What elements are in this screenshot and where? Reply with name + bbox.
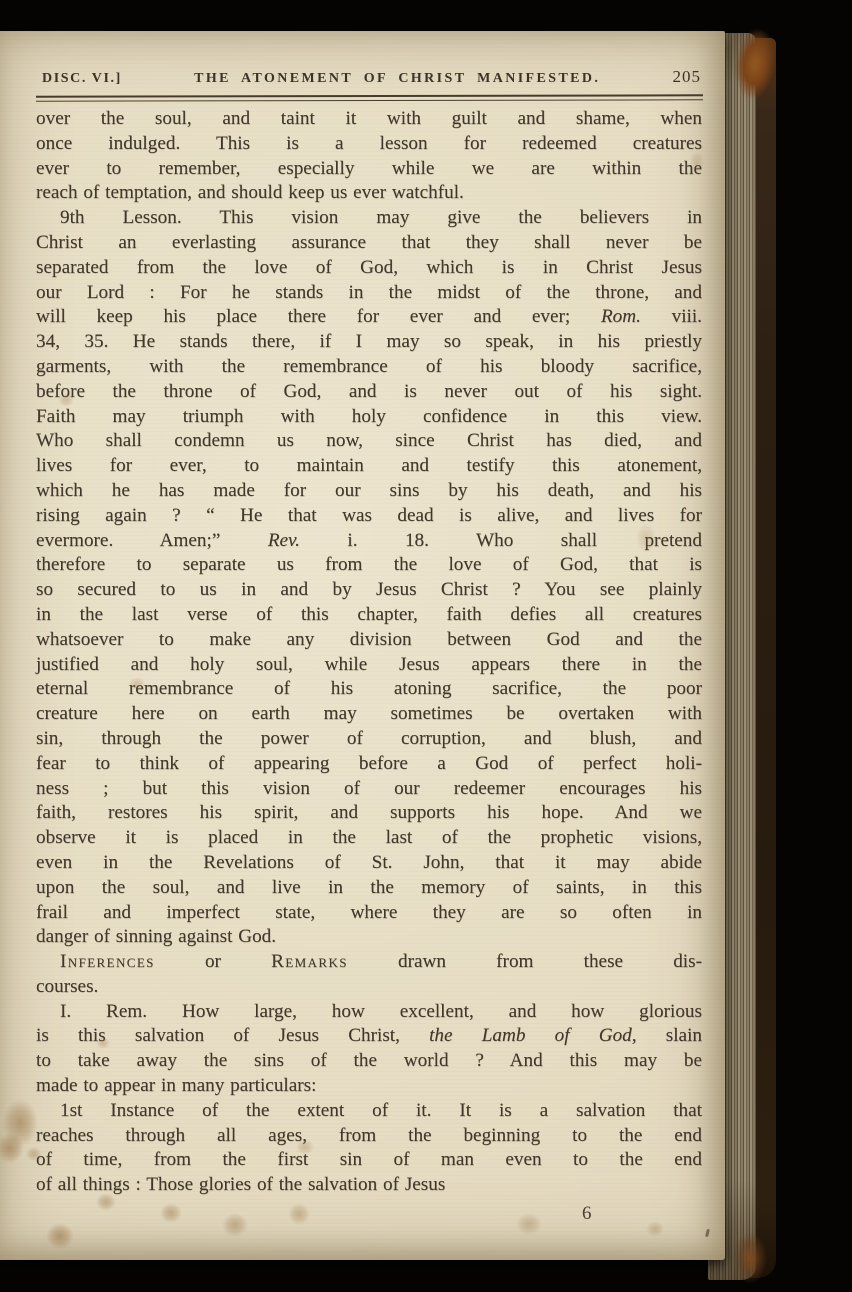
ink-speck [705,1229,710,1237]
stain [636,523,656,553]
text-line: courses. [36,975,702,1000]
text-line: lives for ever, to maintain and testify … [36,454,702,479]
text-line: which he has made for our sins by his de… [36,479,702,504]
text-line: Who shall condemn us now, since Christ h… [36,429,702,454]
stain [296,1139,314,1155]
stain [96,1037,110,1049]
stain [96,1193,116,1211]
text-line: I. Rem. How large, how excellent, and ho… [36,1000,702,1025]
text-line: garments, with the remembrance of his bl… [36,355,702,380]
body-text: over the soul, and taint it with guilt a… [36,107,702,1198]
text-line: 34, 35. He stands there, if I may so spe… [36,330,702,355]
text-line: is this salvation of Jesus Christ, the L… [36,1024,702,1049]
text-line: evermore. Amen;” Rev. i. 18. Who shall p… [36,529,702,554]
stain [690,151,704,173]
text-line: reach of temptation, and should keep us … [36,181,702,206]
stain [26,1147,42,1161]
text-line: observe it is placed in the last of the … [36,826,702,851]
text-line: 9th Lesson. This vision may give the bel… [36,206,702,231]
text-line: separated from the love of God, which is… [36,256,702,281]
text-line: before the throne of God, and is never o… [36,380,702,405]
text-line: once indulged. This is a lesson for rede… [36,132,702,157]
text-line: over the soul, and taint it with guilt a… [36,107,702,132]
text-line: to take away the sins of the world ? And… [36,1049,702,1074]
page-number: 205 [673,67,702,87]
stain [46,1223,74,1249]
text-line: ness ; but this vision of our redeemer e… [36,777,702,802]
book-page: DISC. VI.] THE ATONEMENT OF CHRIST MANIF… [0,31,725,1260]
text-line: fear to think of appearing before a God … [36,752,702,777]
text-line: will keep his place there for ever and e… [36,305,702,330]
stain [160,1203,182,1223]
text-line: therefore to separate us from the love o… [36,553,702,578]
text-line: our Lord : For he stands in the midst of… [36,281,702,306]
text-line: ever to remember, especially while we ar… [36,157,702,182]
cover-corner-wear-bottom [733,1232,767,1284]
text-line: rising again ? “ He that was dead is ali… [36,504,702,529]
text-line: made to appear in many particulars: [36,1074,702,1099]
stain [58,393,74,407]
text-line: so secured to us in and by Jesus Christ … [36,578,702,603]
text-line: of all things : Those glories of the sal… [36,1173,702,1198]
text-line: faith, restores his spirit, and supports… [36,801,702,826]
header-rule [36,94,703,101]
text-line: danger of sinning against God. [36,925,702,950]
text-line: of time, from the first sin of man even … [36,1148,702,1173]
signature-mark: 6 [582,1203,592,1225]
text-line: Christ an everlasting assurance that the… [36,231,702,256]
text-line: 1st Instance of the extent of it. It is … [36,1099,702,1124]
stain [128,677,146,691]
text-line: reaches through all ages, from the begin… [36,1124,702,1149]
stain [0,1133,24,1163]
text-line: sin, through the power of corruption, an… [36,727,702,752]
text-line: upon the soul, and live in the memory of… [36,876,702,901]
running-header: DISC. VI.] THE ATONEMENT OF CHRIST MANIF… [42,67,701,87]
discourse-label: DISC. VI.] [42,71,122,87]
stain [288,1203,310,1225]
text-line: whatsoever to make any division between … [36,628,702,653]
text-line: Inferences or Remarks drawn from these d… [36,950,702,975]
stain [222,1213,248,1237]
stain [516,1213,542,1235]
text-line: in the last verse of this chapter, faith… [36,603,702,628]
text-line: even in the Revelations of St. John, tha… [36,851,702,876]
running-title: THE ATONEMENT OF CHRIST MANIFESTED. [122,71,673,87]
text-line: frail and imperfect state, where they ar… [36,901,702,926]
text-line: justified and holy soul, while Jesus app… [36,653,702,678]
text-line: creature here on earth may sometimes be … [36,702,702,727]
stain [646,1221,664,1237]
text-line: Faith may triumph with holy confidence i… [36,405,702,430]
book-scan-photo: DISC. VI.] THE ATONEMENT OF CHRIST MANIF… [0,0,852,1292]
